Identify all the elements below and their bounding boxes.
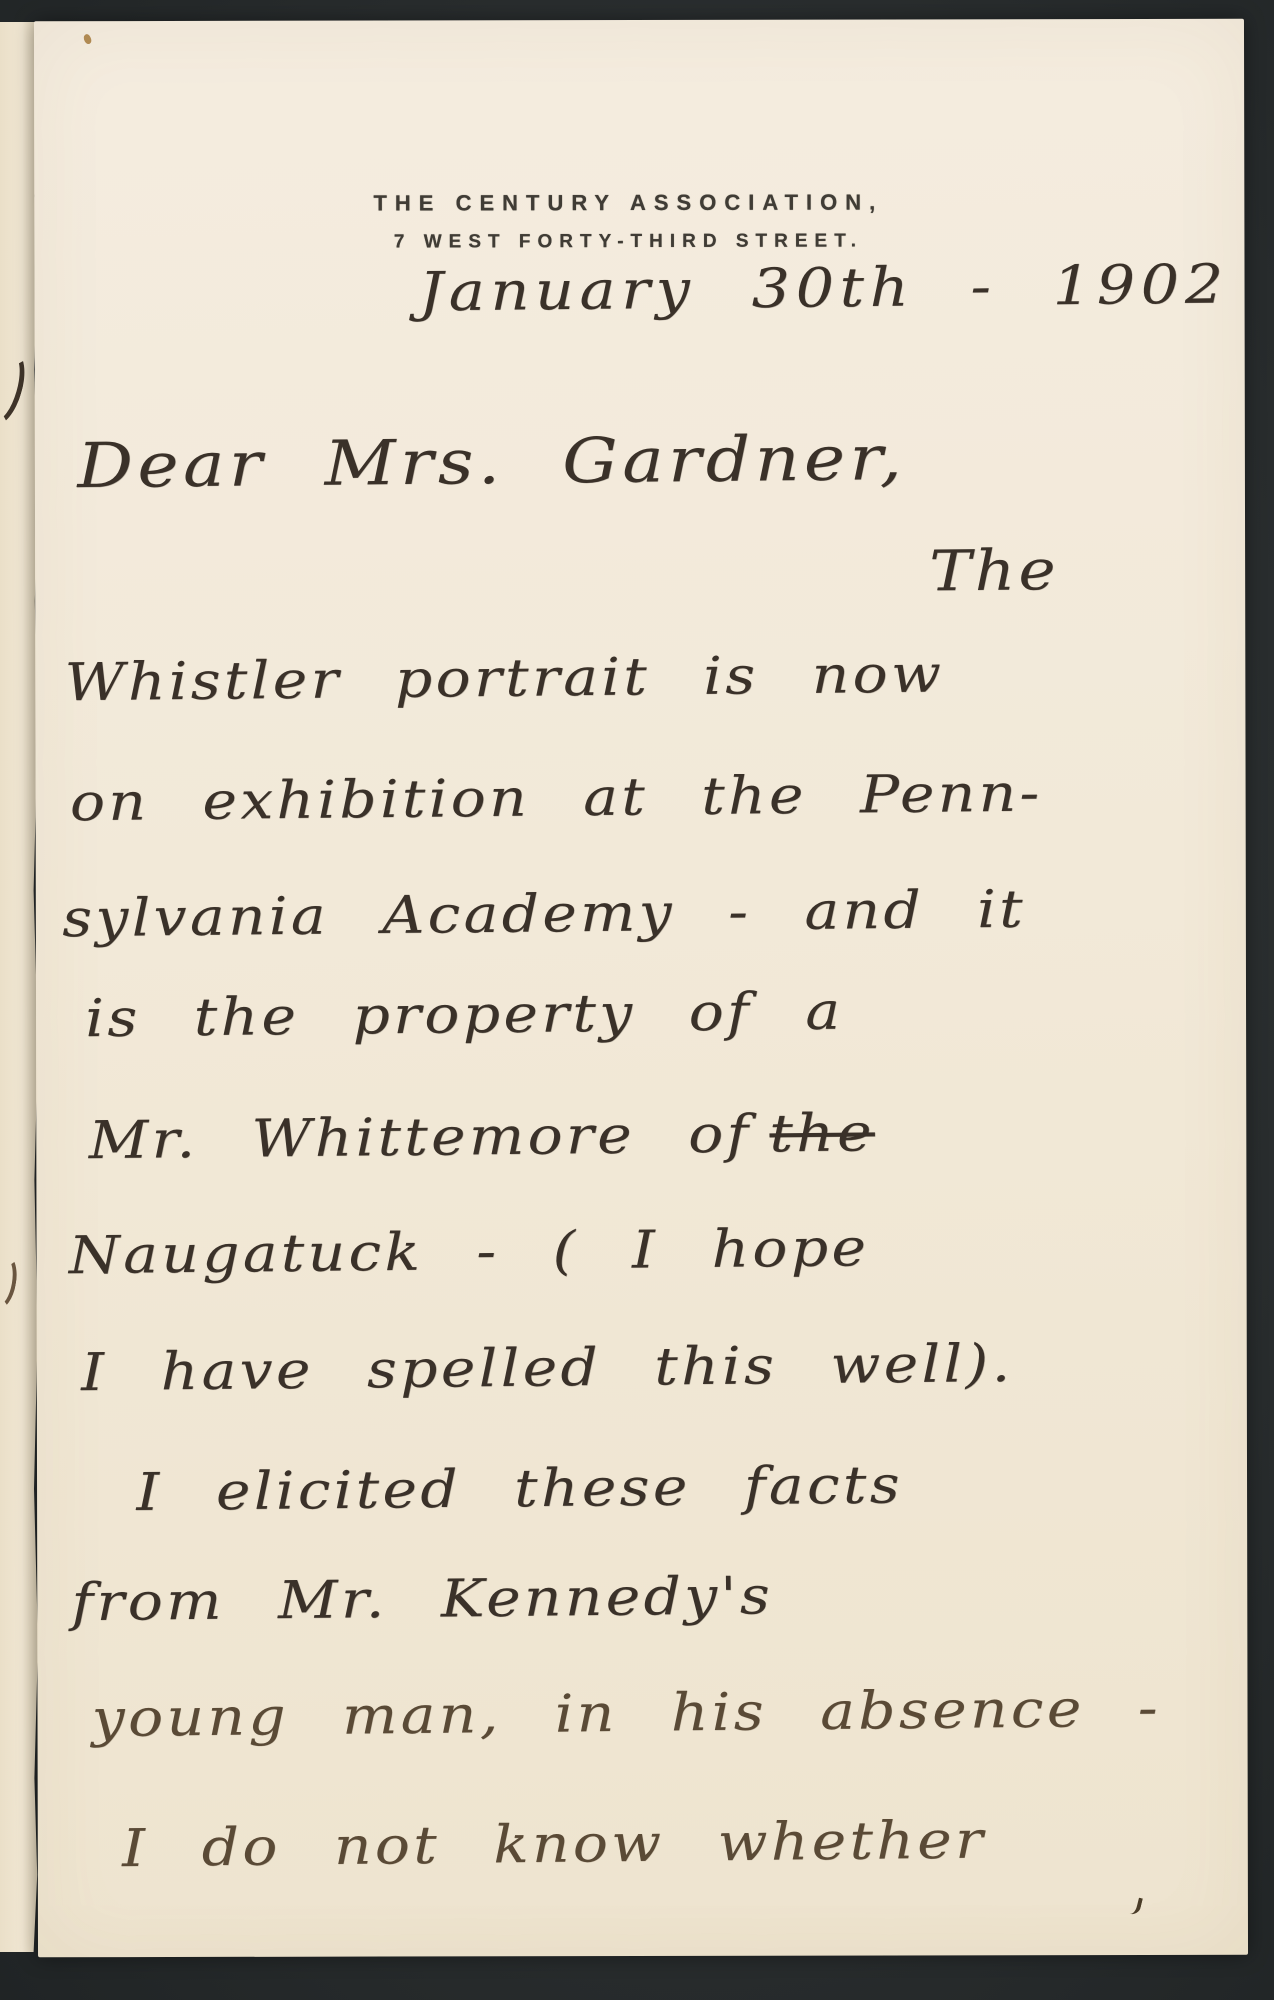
date-line: January 30th - 1902 - [418,252,1274,324]
letterhead-org-name: THE CENTURY ASSOCIATION, [328,189,928,216]
paper-speck [82,33,93,45]
handwriting-line: sylvania Academy - and it [62,880,1027,950]
letter-paper: THE CENTURY ASSOCIATION, 7 WEST FORTY-TH… [34,19,1248,1958]
handwriting-line: The [929,538,1059,604]
ink-mark [0,347,32,429]
struck-word: the [769,1103,875,1164]
handwriting-line: Mr. Whittemore ofthe [88,1103,875,1171]
handwriting-line: I have spelled this well). [81,1334,1014,1403]
handwriting-line: young man, in his absence - [91,1679,1161,1750]
letterhead: THE CENTURY ASSOCIATION, 7 WEST FORTY-TH… [328,189,928,253]
handwriting-line: Naugatuck - ( I hope [68,1218,869,1286]
handwriting-line: from Mr. Kennedy's [71,1566,773,1633]
handwriting-line: I elicited these facts [136,1455,903,1523]
letterhead-address: 7 WEST FORTY-THIRD STREET. [328,230,928,253]
handwriting-line: on exhibition at the Penn- [70,764,1043,834]
handwriting-line: Whistler portrait is now [64,645,944,714]
handwriting-text: Mr. Whittemore of [88,1105,752,1172]
ink-mark [1128,1896,1143,1916]
photo-background: THE CENTURY ASSOCIATION, 7 WEST FORTY-TH… [0,0,1274,2000]
handwriting-line: I do not know whether [122,1811,987,1880]
handwriting-line: is the property of a [85,982,844,1049]
salutation: Dear Mrs. Gardner, [77,421,907,502]
ink-mark [0,1253,20,1311]
